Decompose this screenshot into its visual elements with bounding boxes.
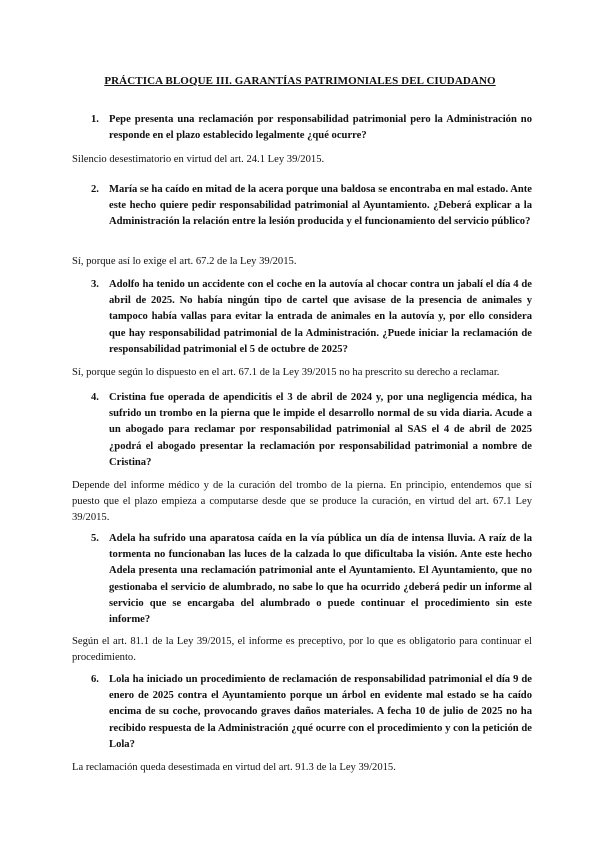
answer-2: Sí, porque así lo exige el art. 67.2 de … (72, 254, 532, 270)
answer-6: La reclamación queda desestimada en virt… (72, 760, 532, 776)
question-text: Pepe presenta una reclamación por respon… (109, 112, 532, 144)
question-5: 5. Adela ha sufrido una aparatosa caída … (91, 531, 532, 628)
question-number: 1. (91, 112, 109, 128)
document-page: PRÁCTICA BLOQUE III. GARANTÍAS PATRIMONI… (0, 0, 600, 848)
question-2: 2. María se ha caído en mitad de la acer… (91, 182, 532, 231)
question-3: 3. Adolfo ha tenido un accidente con el … (91, 277, 532, 358)
answer-4: Depende del informe médico y de la curac… (72, 478, 532, 527)
question-4: 4. Cristina fue operada de apendicitis e… (91, 390, 532, 471)
answer-5: Según el art. 81.1 de la Ley 39/2015, el… (72, 634, 532, 666)
question-6: 6. Lola ha iniciado un procedimiento de … (91, 672, 532, 753)
question-text: Adela ha sufrido una aparatosa caída en … (109, 531, 532, 628)
question-text: María se ha caído en mitad de la acera p… (109, 182, 532, 231)
question-text: Adolfo ha tenido un accidente con el coc… (109, 277, 532, 358)
question-number: 6. (91, 672, 109, 688)
answer-1: Silencio desestimatorio en virtud del ar… (72, 152, 532, 168)
document-title: PRÁCTICA BLOQUE III. GARANTÍAS PATRIMONI… (0, 75, 600, 87)
question-text: Lola ha iniciado un procedimiento de rec… (109, 672, 532, 753)
question-number: 5. (91, 531, 109, 547)
question-text: Cristina fue operada de apendicitis el 3… (109, 390, 532, 471)
question-1: 1. Pepe presenta una reclamación por res… (91, 112, 532, 144)
question-number: 4. (91, 390, 109, 406)
question-number: 3. (91, 277, 109, 293)
question-number: 2. (91, 182, 109, 198)
answer-3: Sí, porque según lo dispuesto en el art.… (72, 365, 532, 381)
